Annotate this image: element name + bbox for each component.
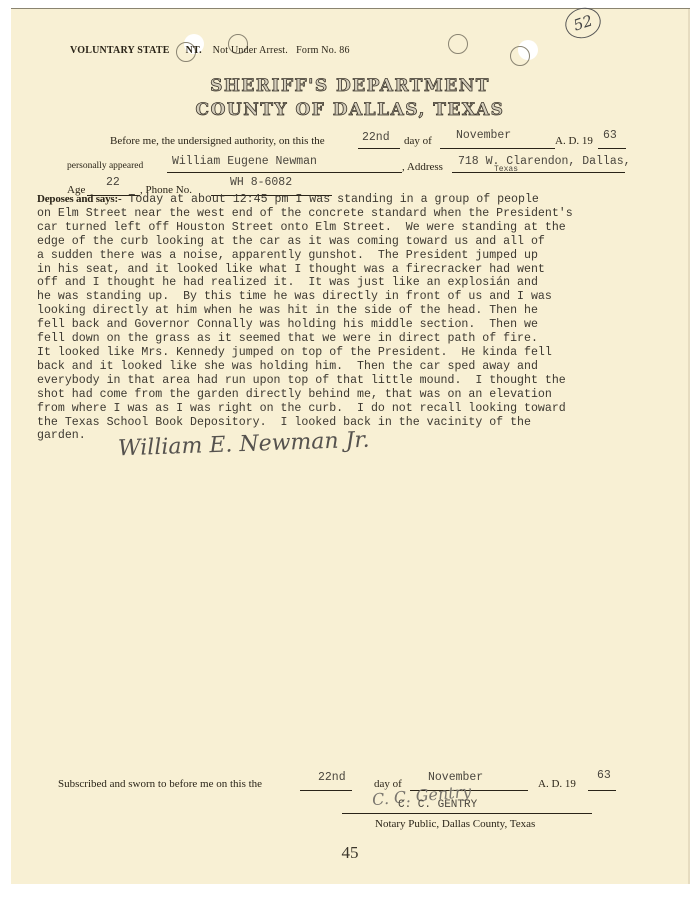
before-me-label: Before me, the undersigned authority, on… (110, 135, 325, 147)
statement-line: the Texas School Book Depository. I look… (37, 416, 531, 429)
statement-line: shot had come from the garden directly b… (37, 388, 552, 401)
jurat-day-field: 22nd (318, 771, 346, 784)
punch-hole-ring (448, 34, 468, 54)
subscribed-label: Subscribed and sworn to before me on thi… (58, 778, 262, 790)
statement-line: edge of the curb looking at the car as i… (37, 235, 545, 248)
address-field-line (452, 172, 625, 173)
ad-label: A. D. 19 (555, 135, 593, 147)
month-field-line (440, 148, 555, 149)
statement-line: in his seat, and it looked like what I t… (37, 263, 545, 276)
day-field-line (358, 148, 400, 149)
notary-signature-line (342, 813, 592, 814)
statement-line: everybody in that area had run upon top … (37, 374, 566, 387)
address-field-line2: Texas (494, 165, 518, 174)
statement-line: fell down on the grass as it seemed that… (37, 332, 538, 345)
address-field: 718 W. Clarendon, Dallas, (458, 155, 631, 168)
address-label: , Address (402, 161, 443, 173)
statement-line: off and I thought he had realized it. It… (37, 276, 538, 289)
county-title: COUNTY OF DALLAS, TEXAS (0, 100, 700, 120)
statement-line: he was standing up. By this time he was … (37, 290, 552, 303)
name-field-line (167, 172, 402, 173)
jurat-ad-label: A. D. 19 (538, 778, 576, 790)
year-field: 63 (603, 129, 617, 142)
month-field: November (456, 129, 511, 142)
not-under-arrest-label: Not Under Arrest. (213, 45, 288, 56)
statement-line: from where I was as I was right on the c… (37, 402, 566, 415)
age-field: 22 (106, 176, 120, 189)
phone-field: WH 8-6082 (230, 176, 292, 189)
statement-line: garden. (37, 429, 86, 442)
form-header: VOLUNTARY STATENT. Not Under Arrest. For… (70, 45, 350, 56)
statement-body: Deposes and says:- Today at about 12:45 … (37, 193, 677, 443)
jurat-day-line (300, 790, 352, 791)
statement-line: back and it looked like she was holding … (37, 360, 538, 373)
form-number-label: Form No. 86 (296, 45, 350, 56)
statement-line: fell back and Governor Connally was hold… (37, 318, 538, 331)
day-field: 22nd (362, 131, 390, 144)
notary-typed-name: C. C. GENTRY (398, 799, 477, 811)
form-type-label-tail: NT. (186, 45, 202, 56)
statement-line: It looked like Mrs. Kennedy jumped on to… (37, 346, 552, 359)
statement-line: Today at about 12:45 pm I was standing i… (128, 193, 539, 206)
personally-appeared-label: personally appeared (67, 161, 143, 171)
day-of-label: day of (404, 135, 432, 147)
name-field: William Eugene Newman (172, 155, 317, 168)
year-field-line (598, 148, 626, 149)
statement-line: a sudden there was a noise, apparently g… (37, 249, 538, 262)
statement-line: on Elm Street near the west end of the c… (37, 207, 573, 220)
form-type-label: VOLUNTARY STATE (70, 45, 170, 56)
department-title: SHERIFF'S DEPARTMENT (0, 76, 700, 96)
jurat-year-line (588, 790, 616, 791)
deposes-label: Deposes and says:- (37, 193, 121, 205)
page-number: 45 (0, 843, 700, 863)
statement-line: looking directly at him when he was hit … (37, 304, 538, 317)
notary-title: Notary Public, Dallas County, Texas (375, 818, 535, 830)
punch-hole-ring (510, 46, 530, 66)
jurat-year-field: 63 (597, 769, 611, 782)
statement-line: car turned left off Houston Street onto … (37, 221, 566, 234)
